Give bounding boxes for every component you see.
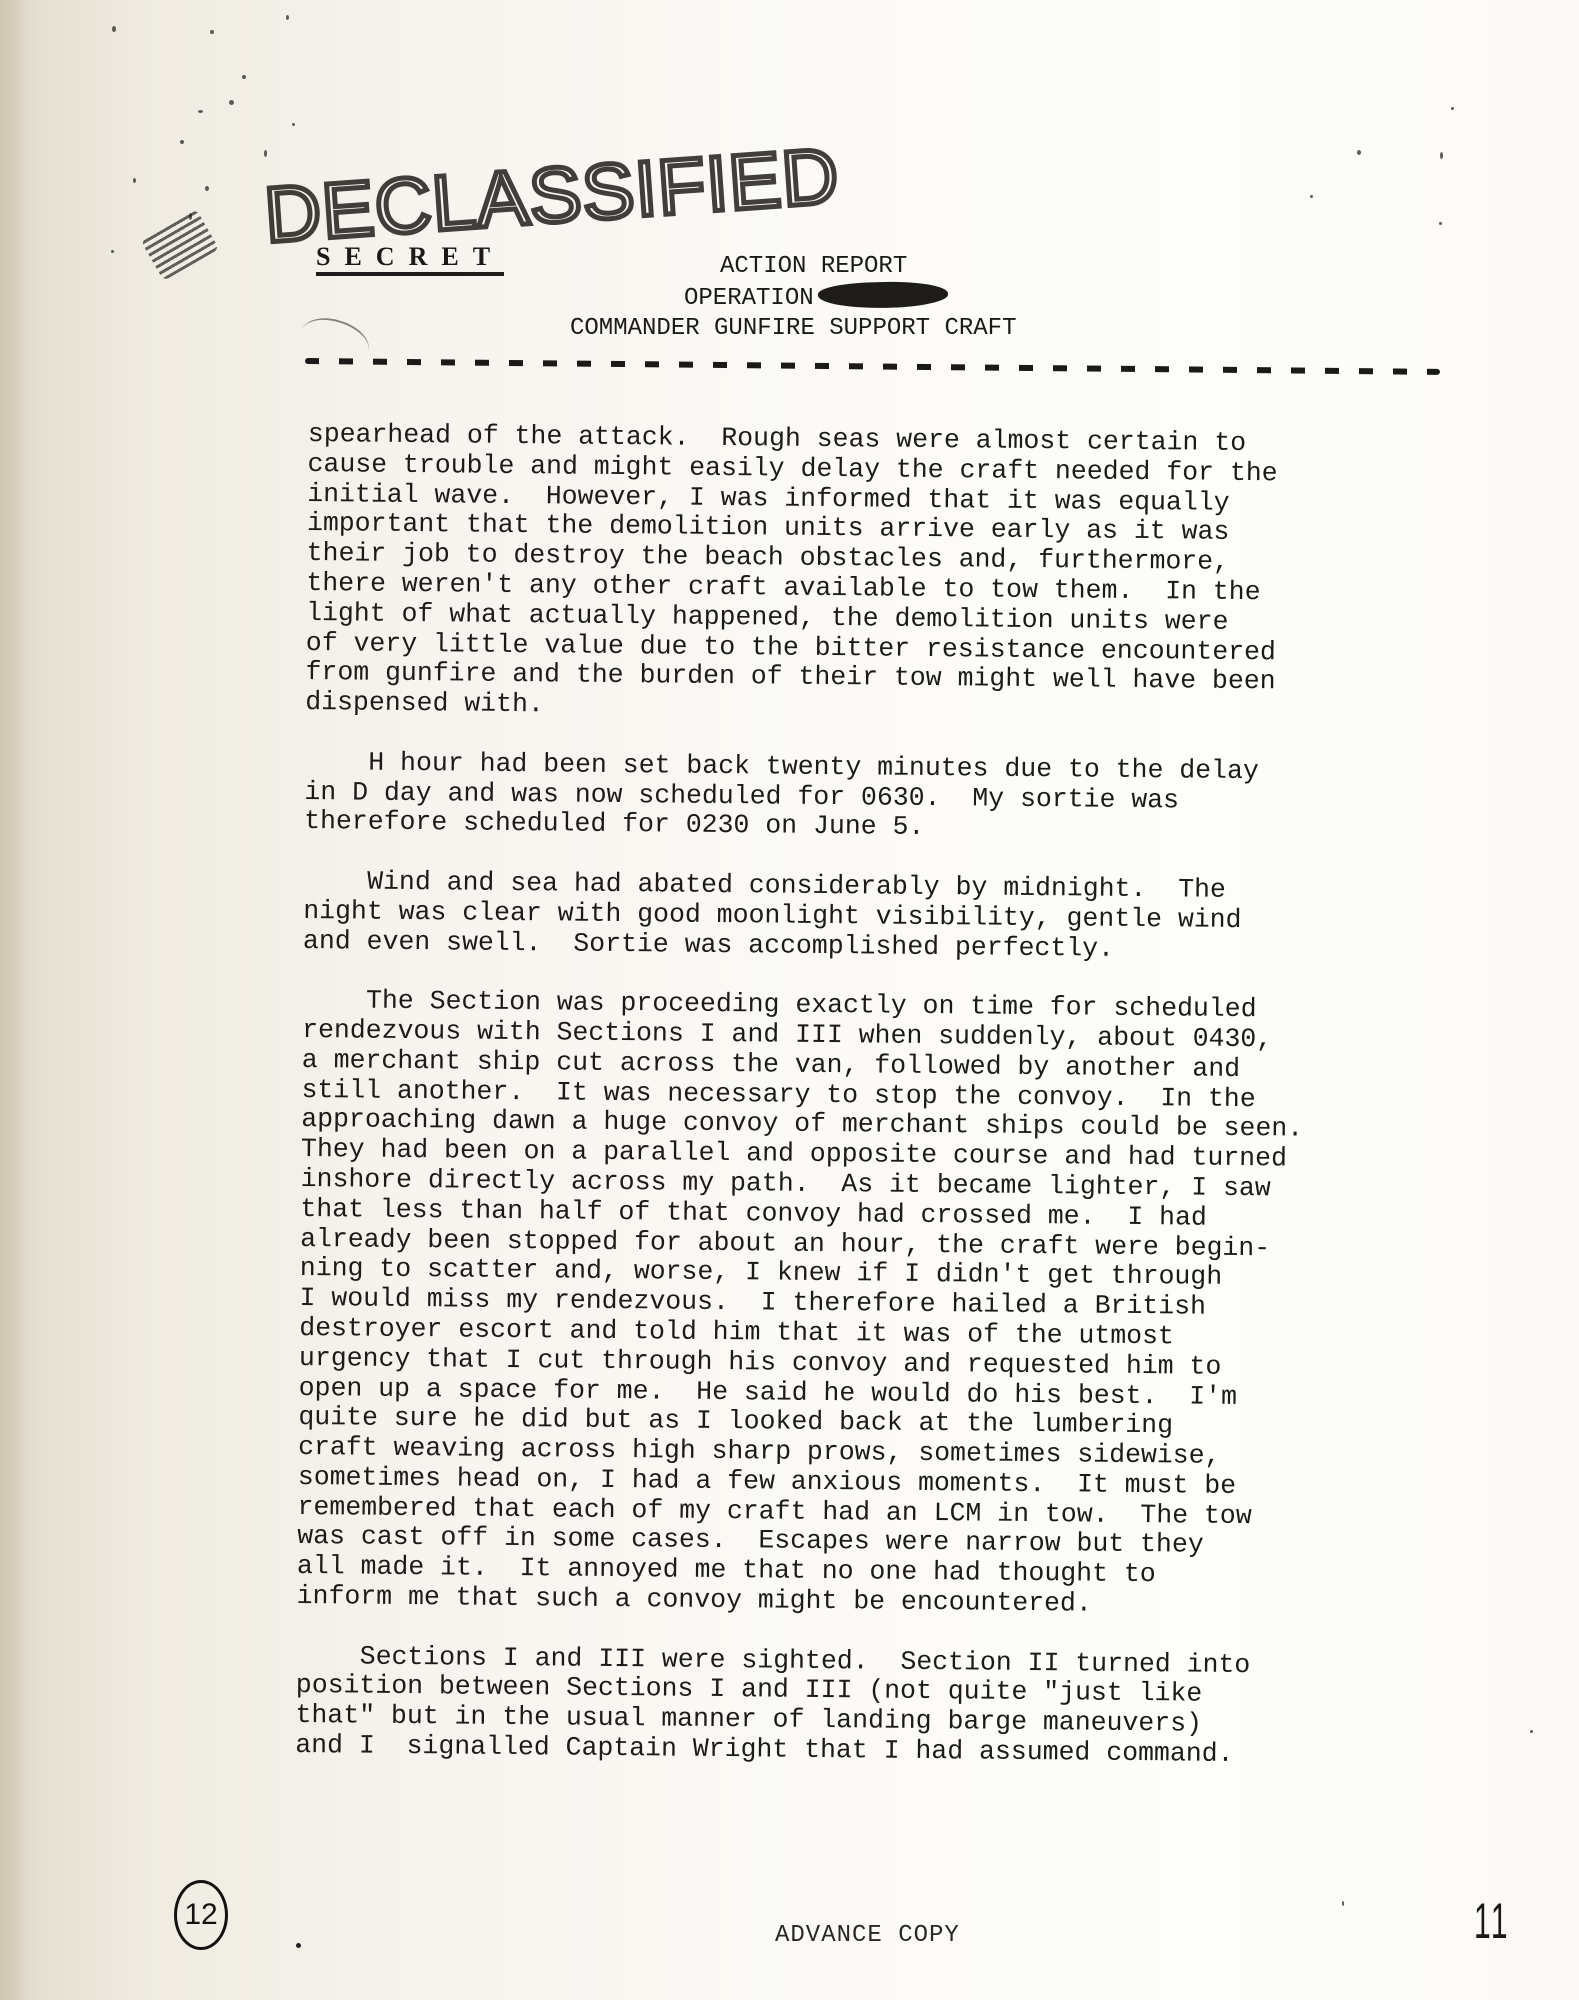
operation-line: OPERATION (684, 282, 1016, 314)
report-type: ACTION REPORT (720, 252, 1016, 282)
classification-label: SECRET (316, 242, 504, 276)
page-edge-shadow (0, 0, 28, 2000)
paragraph: The Section was proceeding exactly on ti… (297, 986, 1453, 1623)
dashed-separator (305, 358, 1440, 375)
operation-label: OPERATION (684, 285, 814, 312)
report-body: spearhead of the attack. Rough seas were… (295, 420, 1458, 1802)
paragraph: Sections I and III were sighted. Section… (295, 1642, 1446, 1772)
report-header: ACTION REPORT OPERATION COMMANDER GUNFIR… (560, 252, 1016, 344)
circled-page-number: 12 (174, 1880, 228, 1950)
handwritten-page-number: 11 (1474, 1892, 1510, 1950)
stamp-smudge (141, 209, 219, 281)
paragraph: Wind and sea had abated considerably by … (303, 867, 1454, 967)
redaction-mark (817, 280, 948, 311)
footer-dot (296, 1943, 301, 1948)
paragraph: spearhead of the attack. Rough seas were… (305, 420, 1458, 729)
advance-copy-label: ADVANCE COPY (775, 1922, 960, 1949)
report-author: COMMANDER GUNFIRE SUPPORT CRAFT (570, 314, 1016, 344)
paragraph: H hour had been set back twenty minutes … (304, 748, 1455, 848)
